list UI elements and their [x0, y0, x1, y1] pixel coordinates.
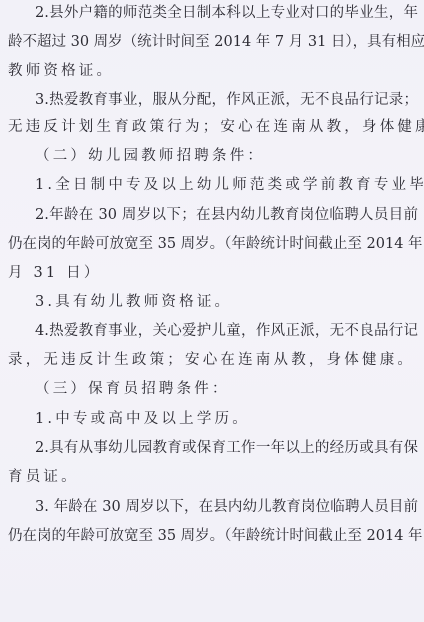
text-line: 2.县外户籍的师范类全日制本科以上专业对口的毕业生，年 — [35, 2, 418, 24]
text-line: 仍在岗的年龄可放宽至 35 周岁。（年龄统计时间截止至 2014 年 7 — [8, 525, 418, 547]
text-line: 龄不超过 30 周岁（统计时间至 2014 年 7 月 31 日），具有相应的 — [8, 31, 418, 53]
text-line: 3.具有幼儿教师资格证。 — [35, 291, 418, 313]
text-line: 月 31 日） — [8, 262, 418, 284]
section-heading-3: （三）保育员招聘条件： — [35, 378, 418, 400]
text-line: 录，无违反计生政策；安心在连南从教，身体健康。 — [8, 349, 418, 371]
text-line: 无违反计划生育政策行为；安心在连南从教，身体健康。 — [8, 116, 418, 138]
text-line: 仍在岗的年龄可放宽至 35 周岁。（年龄统计时间截止至 2014 年 7 — [8, 233, 418, 255]
text-line: 2.年龄在 30 周岁以下；在县内幼儿教育岗位临聘人员目前 — [35, 204, 418, 226]
text-line: 3. 年龄在 30 周岁以下，在县内幼儿教育岗位临聘人员目前 — [35, 496, 418, 518]
text-line: 2.具有从事幼儿园教育或保育工作一年以上的经历或具有保 — [35, 437, 418, 459]
section-heading-2: （二）幼儿园教师招聘条件： — [35, 145, 418, 167]
text-line: 育员证。 — [8, 466, 418, 488]
text-line: 教师资格证。 — [8, 60, 418, 82]
document-page: 2.县外户籍的师范类全日制本科以上专业对口的毕业生，年 龄不超过 30 周岁（统… — [0, 0, 424, 622]
text-line: 1.全日制中专及以上幼儿师范类或学前教育专业毕业生。 — [35, 174, 418, 196]
text-line: 4.热爱教育事业，关心爱护儿童，作风正派，无不良品行记 — [35, 320, 418, 342]
text-line: 1.中专或高中及以上学历。 — [35, 408, 418, 430]
text-line: 3.热爱教育事业，服从分配，作风正派，无不良品行记录； — [35, 89, 418, 111]
